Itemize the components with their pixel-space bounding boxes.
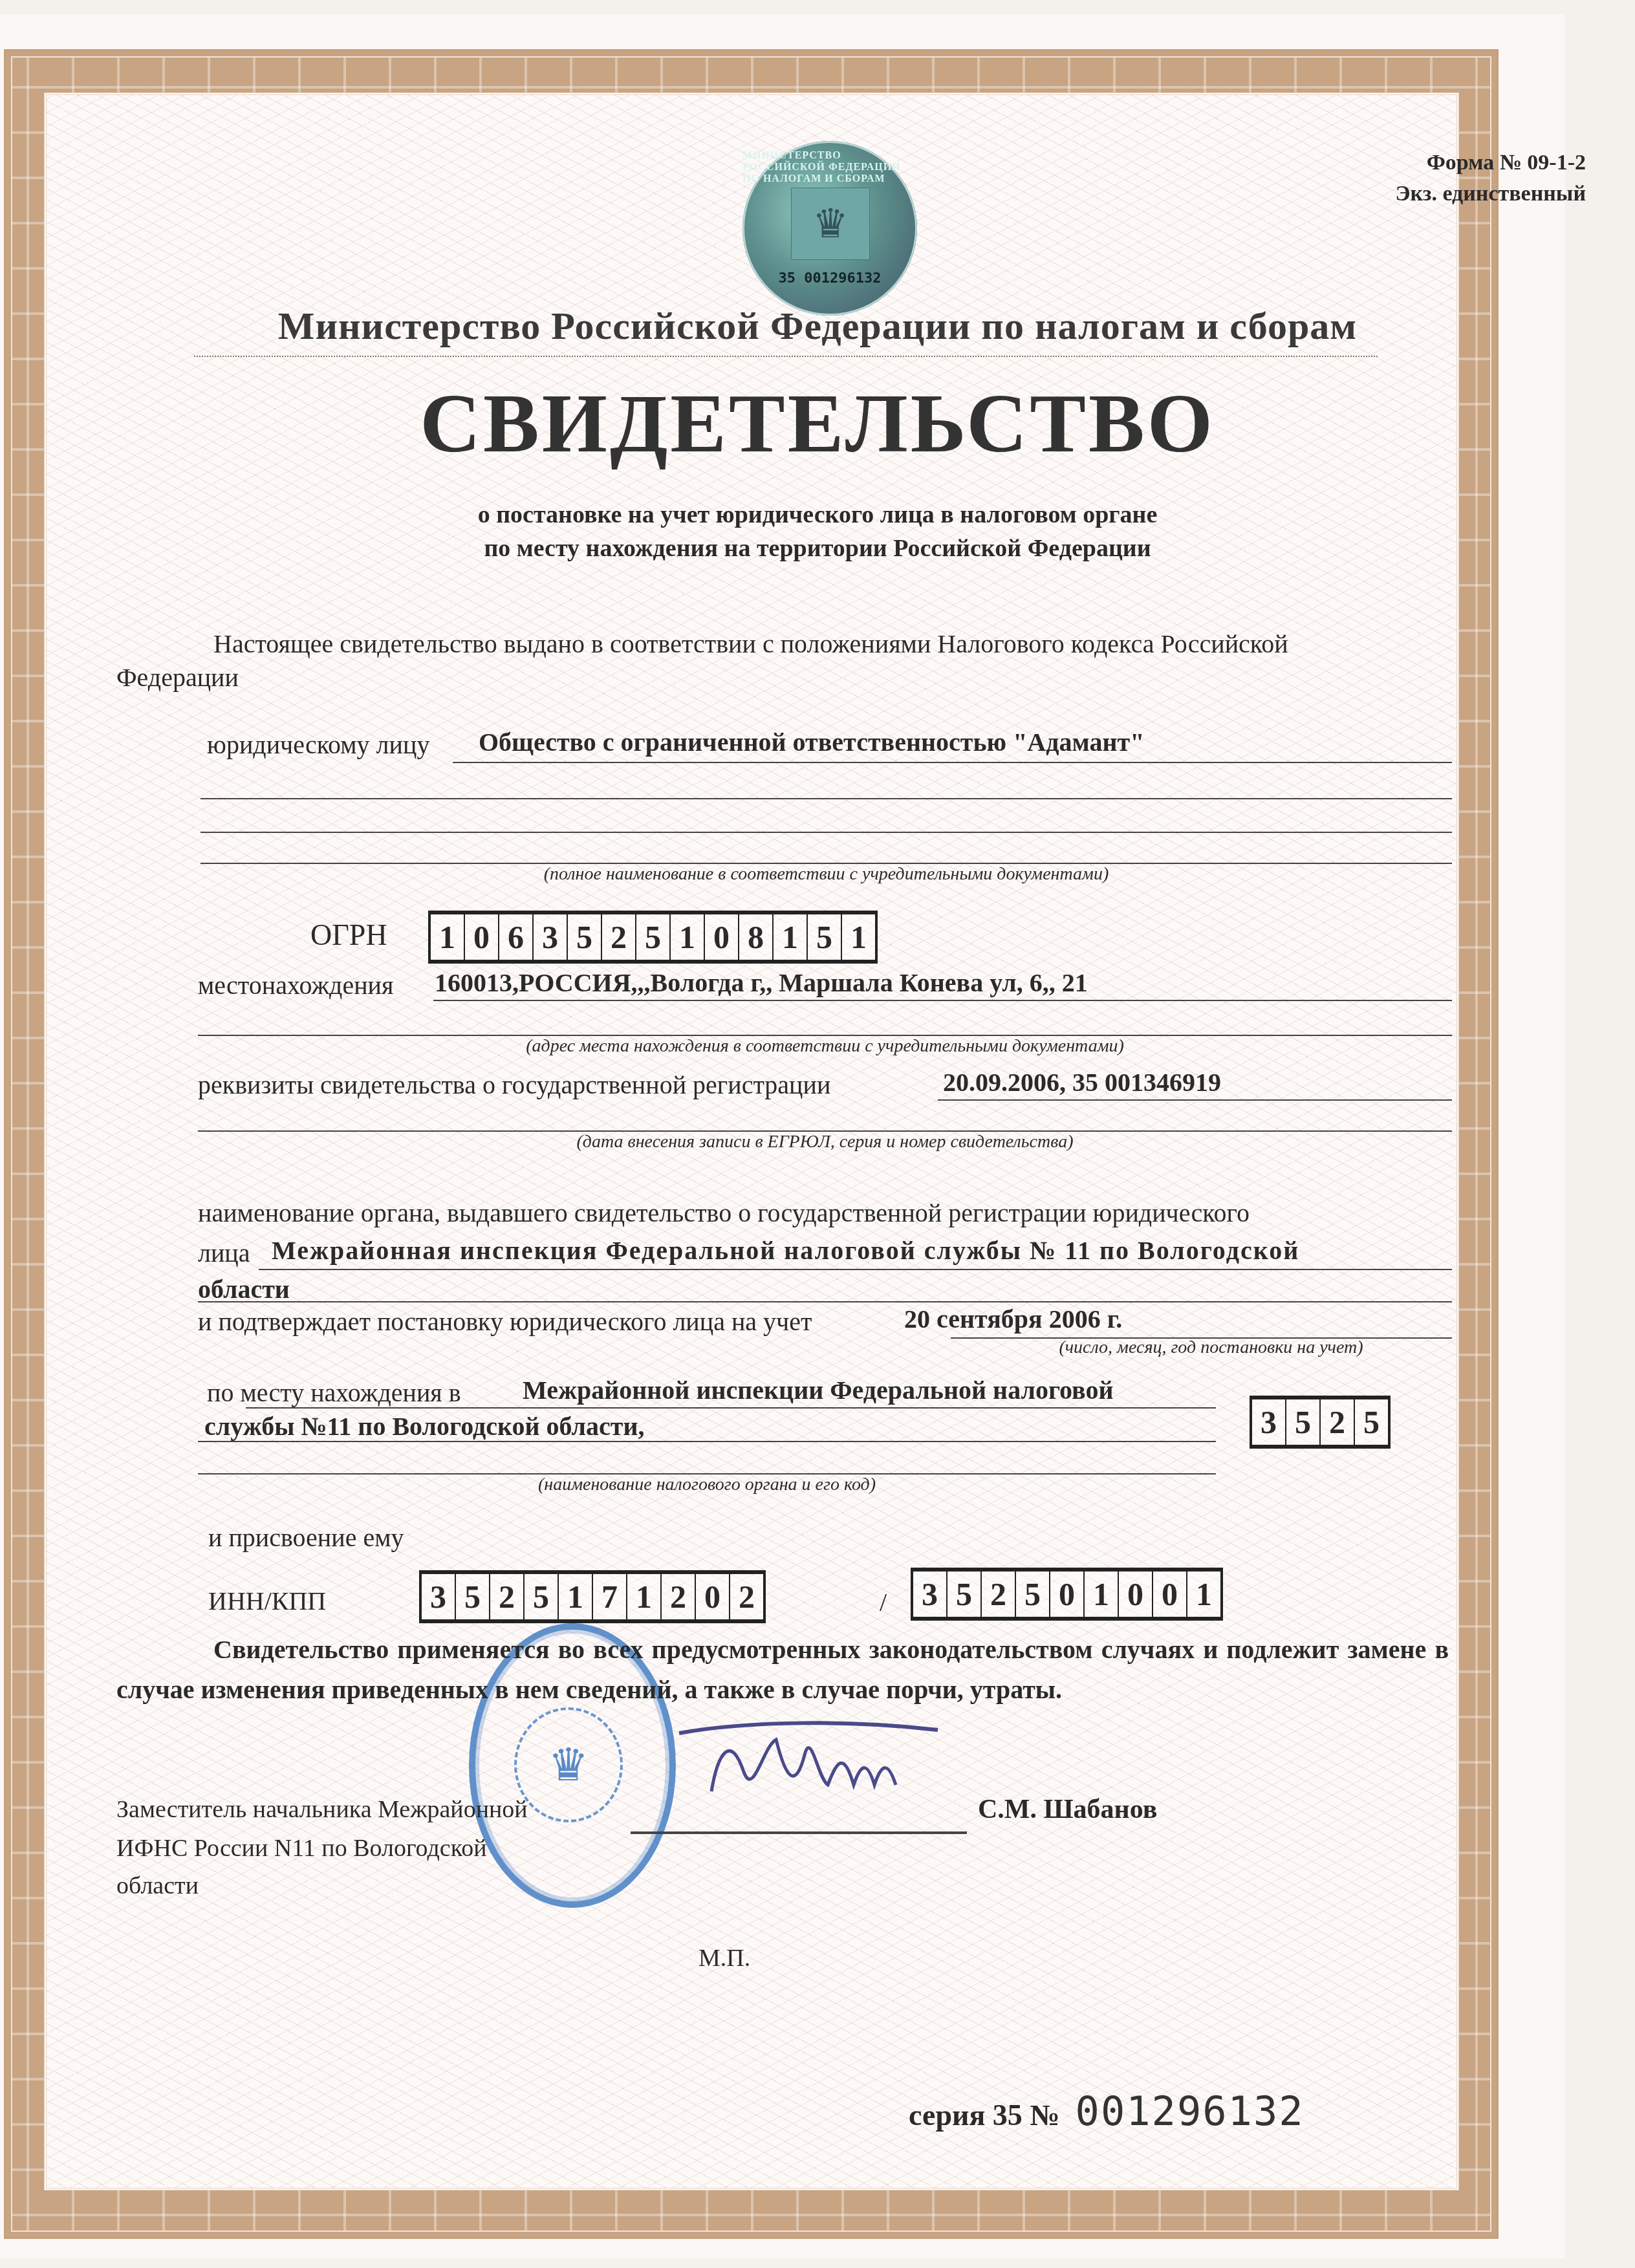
ogrn-digit: 1 <box>774 914 808 960</box>
signer-position-cont: области <box>116 1868 199 1904</box>
ogrn-digit: 2 <box>602 914 636 960</box>
underline <box>198 1301 1452 1302</box>
signature-icon <box>673 1694 944 1804</box>
kpp-digit: 0 <box>1050 1571 1085 1617</box>
address-label: местонахождения <box>198 967 393 1004</box>
underline <box>200 798 1452 799</box>
location-label: по месту нахождения в <box>207 1375 461 1411</box>
entity-label: юридическому лицу <box>207 727 429 763</box>
kpp-digit: 5 <box>947 1571 982 1617</box>
tax-office-code-digit: 2 <box>1321 1399 1355 1445</box>
kpp-digit: 3 <box>913 1571 947 1617</box>
subtitle-line: по месту нахождения на территории Россий… <box>0 532 1635 565</box>
inn-digit: 2 <box>662 1574 696 1619</box>
signature-line <box>631 1831 967 1834</box>
tax-office-code-digit: 3 <box>1252 1399 1286 1445</box>
assign-label: и присвоение ему <box>208 1520 404 1556</box>
form-number: Форма № 09-1-2 <box>1396 147 1586 178</box>
kpp-digit: 2 <box>982 1571 1016 1617</box>
entity-caption: (полное наименование в соответствии с уч… <box>200 864 1452 885</box>
inn-digit: 1 <box>559 1574 593 1619</box>
hologram-seal: МИНИСТЕРСТВО РОССИЙСКОЙ ФЕДЕРАЦИИ ПО НАЛ… <box>742 141 917 316</box>
series-label: серия 35 № <box>909 2099 1060 2132</box>
ogrn-digit: 0 <box>705 914 739 960</box>
inn-digit: 7 <box>593 1574 627 1619</box>
inn-digit: 2 <box>730 1574 763 1619</box>
series-digits: 001296132 <box>1076 2088 1305 2135</box>
kpp-digit: 5 <box>1016 1571 1050 1617</box>
ogrn-digit: 5 <box>808 914 842 960</box>
ogrn-digit: 1 <box>671 914 705 960</box>
intro-text-cont: Федерации <box>116 660 239 696</box>
coat-of-arms-icon: ♛ <box>791 188 870 260</box>
document-subtitle: о постановке на учет юридического лица в… <box>0 498 1635 565</box>
hologram-number: 35 001296132 <box>742 270 917 286</box>
confirm-date: 20 сентября 2006 г. <box>904 1301 1122 1337</box>
ogrn-digit: 8 <box>739 914 774 960</box>
stamp-emblem-icon: ♛ <box>514 1707 623 1822</box>
ogrn-field: 1063525108151 <box>428 911 878 964</box>
underline <box>453 762 1452 763</box>
validity-notice: Свидетельство применяется во всех предус… <box>116 1630 1449 1710</box>
location-value-cont: службы №11 по Вологодской области, <box>204 1409 644 1445</box>
address-caption: (адрес места нахождения в соответствии с… <box>198 1036 1452 1057</box>
ogrn-digit: 3 <box>534 914 568 960</box>
confirm-caption: (число, месяц, год постановки на учет) <box>970 1337 1452 1358</box>
tax-office-code-digit: 5 <box>1355 1399 1388 1445</box>
ogrn-digit: 1 <box>431 914 465 960</box>
inn-digit: 5 <box>525 1574 559 1619</box>
location-value: Межрайонной инспекции Федеральной налого… <box>523 1372 1114 1409</box>
authority-label: наименование органа, выдавшего свидетель… <box>198 1195 1250 1231</box>
ogrn-digit: 5 <box>636 914 671 960</box>
ogrn-digit: 5 <box>568 914 602 960</box>
inn-digit: 1 <box>627 1574 662 1619</box>
inn-digit: 5 <box>456 1574 490 1619</box>
inn-field: 3525171202 <box>419 1570 766 1623</box>
confirm-label: и подтверждает постановку юридического л… <box>198 1304 812 1340</box>
signer-name: С.М. Шабанов <box>978 1791 1157 1828</box>
document-title: СВИДЕТЕЛЬСТВО <box>0 375 1635 472</box>
certificate-content: МИНИСТЕРСТВО РОССИЙСКОЙ ФЕДЕРАЦИИ ПО НАЛ… <box>0 0 1635 2268</box>
registration-label: реквизиты свидетельства о государственно… <box>198 1067 830 1103</box>
underline <box>198 1441 1216 1442</box>
intro-text: Настоящее свидетельство выдано в соответ… <box>213 626 1288 662</box>
tax-office-code-digit: 5 <box>1286 1399 1321 1445</box>
ministry-name: Министерство Российской Федерации по нал… <box>0 304 1635 349</box>
kpp-digit: 1 <box>1187 1571 1220 1617</box>
location-caption: (наименование налогового органа и его ко… <box>198 1474 1216 1495</box>
copy-note: Экз. единственный <box>1396 178 1586 210</box>
underline <box>200 832 1452 833</box>
inn-digit: 3 <box>422 1574 456 1619</box>
divider <box>194 356 1378 357</box>
signer-position: Заместитель начальника Межрайонной <box>116 1791 528 1828</box>
inn-kpp-label: ИНН/КПП <box>208 1583 326 1619</box>
form-info: Форма № 09-1-2 Экз. единственный <box>1396 147 1586 210</box>
underline <box>433 1000 1452 1001</box>
authority-label-cont: лица <box>198 1235 250 1271</box>
ogrn-digit: 1 <box>842 914 875 960</box>
series-number: серия 35 №001296132 <box>909 2088 1305 2135</box>
ogrn-label: ОГРН <box>310 917 387 953</box>
entity-name: Общество с ограниченной ответственностью… <box>479 724 1144 761</box>
ogrn-digit: 0 <box>465 914 499 960</box>
registration-value: 20.09.2006, 35 001346919 <box>943 1064 1221 1101</box>
underline <box>259 1269 1452 1270</box>
subtitle-line: о постановке на учет юридического лица в… <box>0 498 1635 532</box>
signer-position-cont: ИФНС России N11 по Вологодской <box>116 1830 487 1866</box>
inn-kpp-separator: / <box>880 1584 887 1621</box>
inn-digit: 2 <box>490 1574 525 1619</box>
seal-label: М.П. <box>698 1940 750 1976</box>
ogrn-digit: 6 <box>499 914 534 960</box>
kpp-digit: 1 <box>1085 1571 1119 1617</box>
inn-digit: 0 <box>696 1574 730 1619</box>
kpp-digit: 0 <box>1153 1571 1187 1617</box>
registration-caption: (дата внесения записи в ЕГРЮЛ, серия и н… <box>198 1132 1452 1152</box>
kpp-field: 352501001 <box>911 1568 1223 1621</box>
authority-value: Межрайонная инспекция Федеральной налого… <box>272 1233 1299 1269</box>
address-value: 160013,РОССИЯ,,,Вологда г,, Маршала Коне… <box>435 965 1088 1001</box>
tax-office-code: 3525 <box>1250 1396 1391 1449</box>
kpp-digit: 0 <box>1119 1571 1153 1617</box>
underline <box>938 1099 1452 1101</box>
